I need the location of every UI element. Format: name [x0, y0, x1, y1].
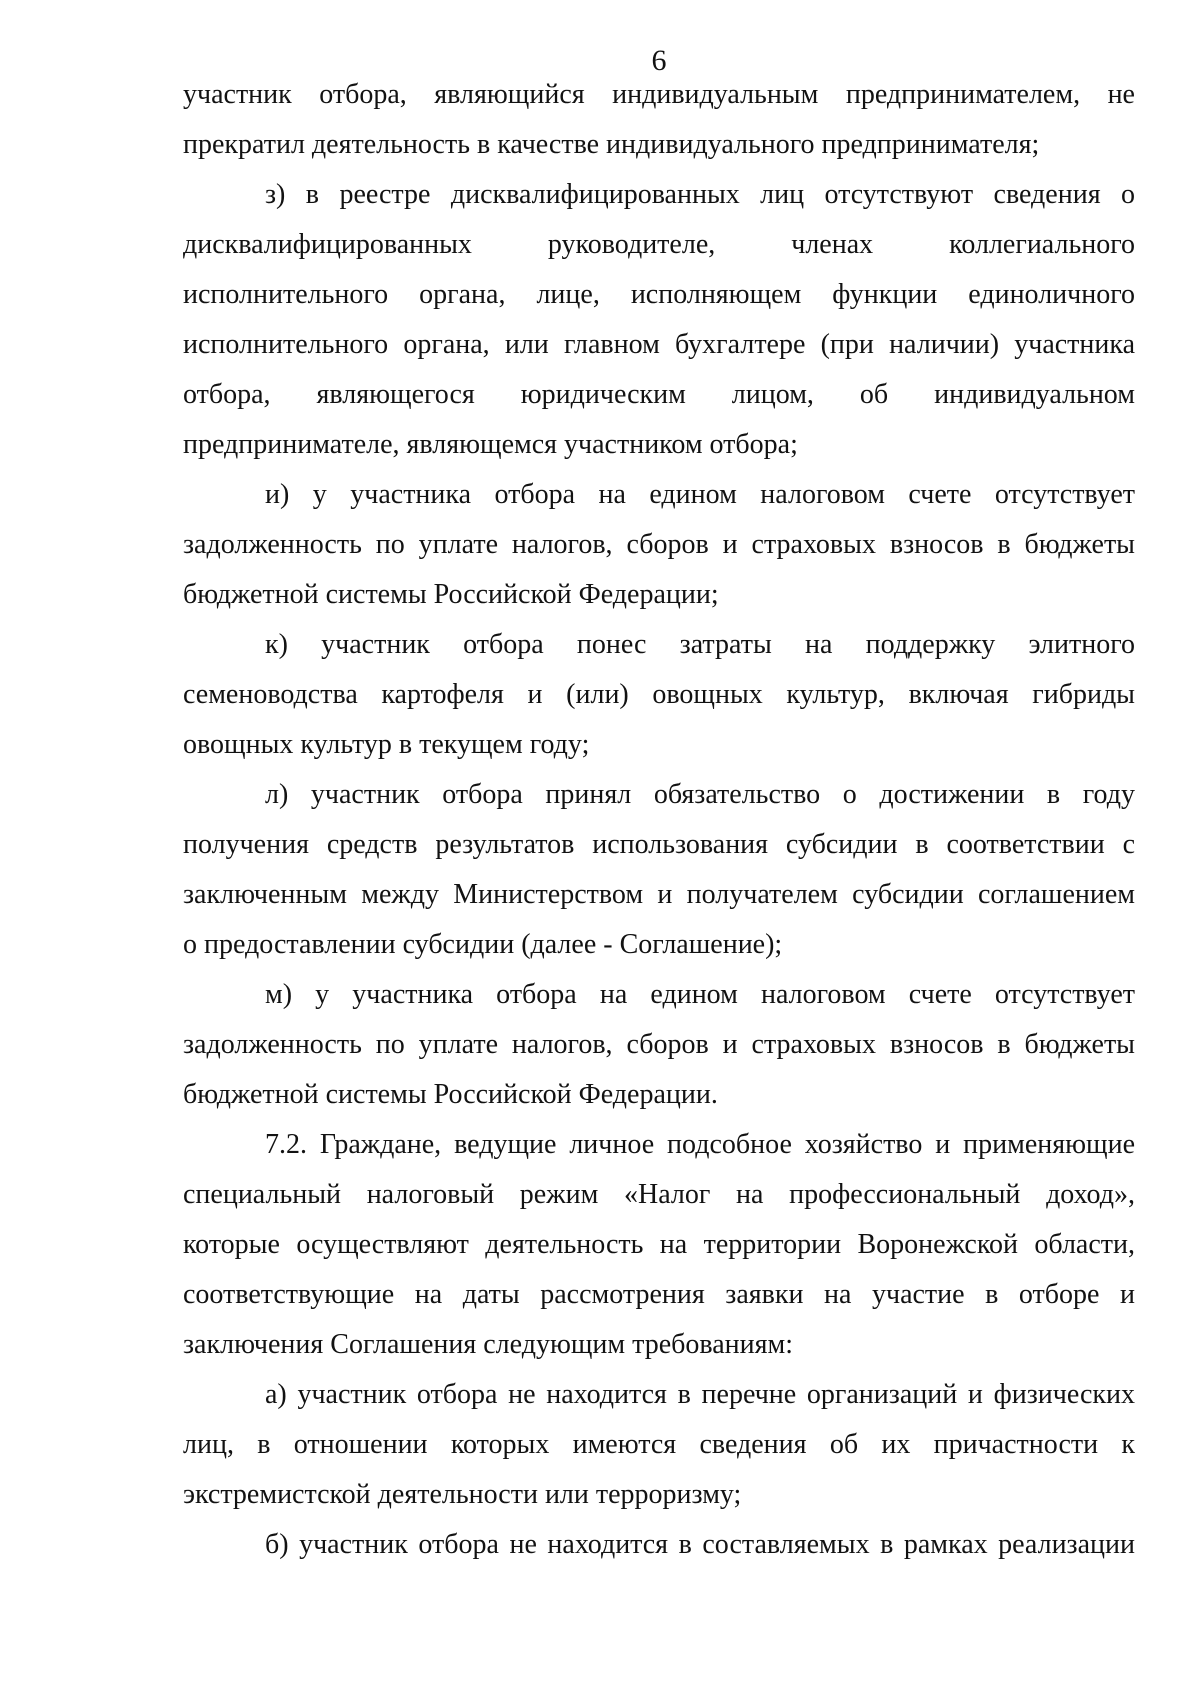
text-line: лиц, в отношении которых имеются сведени…	[183, 1420, 1135, 1470]
text-line: к) участник отбора понес затраты на подд…	[183, 620, 1135, 670]
text-line: исполнительного органа, лице, исполняюще…	[183, 270, 1135, 320]
text-line: о предоставлении субсидии (далее - Согла…	[183, 920, 1135, 970]
text-line: соответствующие на даты рассмотрения зая…	[183, 1270, 1135, 1320]
document-page: 6 участник отбора, являющийся индивидуал…	[0, 0, 1200, 1706]
text-line: м) у участника отбора на едином налогово…	[183, 970, 1135, 1020]
text-line: исполнительного органа, или главном бухг…	[183, 320, 1135, 370]
text-line: предпринимателе, являющемся участником о…	[183, 420, 1135, 470]
text-line: л) участник отбора принял обязательство …	[183, 770, 1135, 820]
text-line: экстремистской деятельности или террориз…	[183, 1470, 1135, 1520]
text-line: дисквалифицированных руководителе, члена…	[183, 220, 1135, 270]
text-line: и) у участника отбора на едином налогово…	[183, 470, 1135, 520]
text-line: заключения Соглашения следующим требован…	[183, 1320, 1135, 1370]
text-line: 7.2. Граждане, ведущие личное подсобное …	[183, 1120, 1135, 1170]
text-line: задолженность по уплате налогов, сборов …	[183, 1020, 1135, 1070]
text-line: задолженность по уплате налогов, сборов …	[183, 520, 1135, 570]
text-line: получения средств результатов использова…	[183, 820, 1135, 870]
text-line: овощных культур в текущем году;	[183, 720, 1135, 770]
text-line: которые осуществляют деятельность на тер…	[183, 1220, 1135, 1270]
text-line: отбора, являющегося юридическим лицом, о…	[183, 370, 1135, 420]
document-body: участник отбора, являющийся индивидуальн…	[183, 70, 1135, 1570]
text-line: з) в реестре дисквалифицированных лиц от…	[183, 170, 1135, 220]
text-line: специальный налоговый режим «Налог на пр…	[183, 1170, 1135, 1220]
text-line: участник отбора, являющийся индивидуальн…	[183, 70, 1135, 120]
text-line: б) участник отбора не находится в состав…	[183, 1520, 1135, 1570]
text-line: семеноводства картофеля и (или) овощных …	[183, 670, 1135, 720]
text-line: а) участник отбора не находится в перечн…	[183, 1370, 1135, 1420]
text-line: бюджетной системы Российской Федерации.	[183, 1070, 1135, 1120]
text-line: прекратил деятельность в качестве индиви…	[183, 120, 1135, 170]
text-line: бюджетной системы Российской Федерации;	[183, 570, 1135, 620]
text-line: заключенным между Министерством и получа…	[183, 870, 1135, 920]
